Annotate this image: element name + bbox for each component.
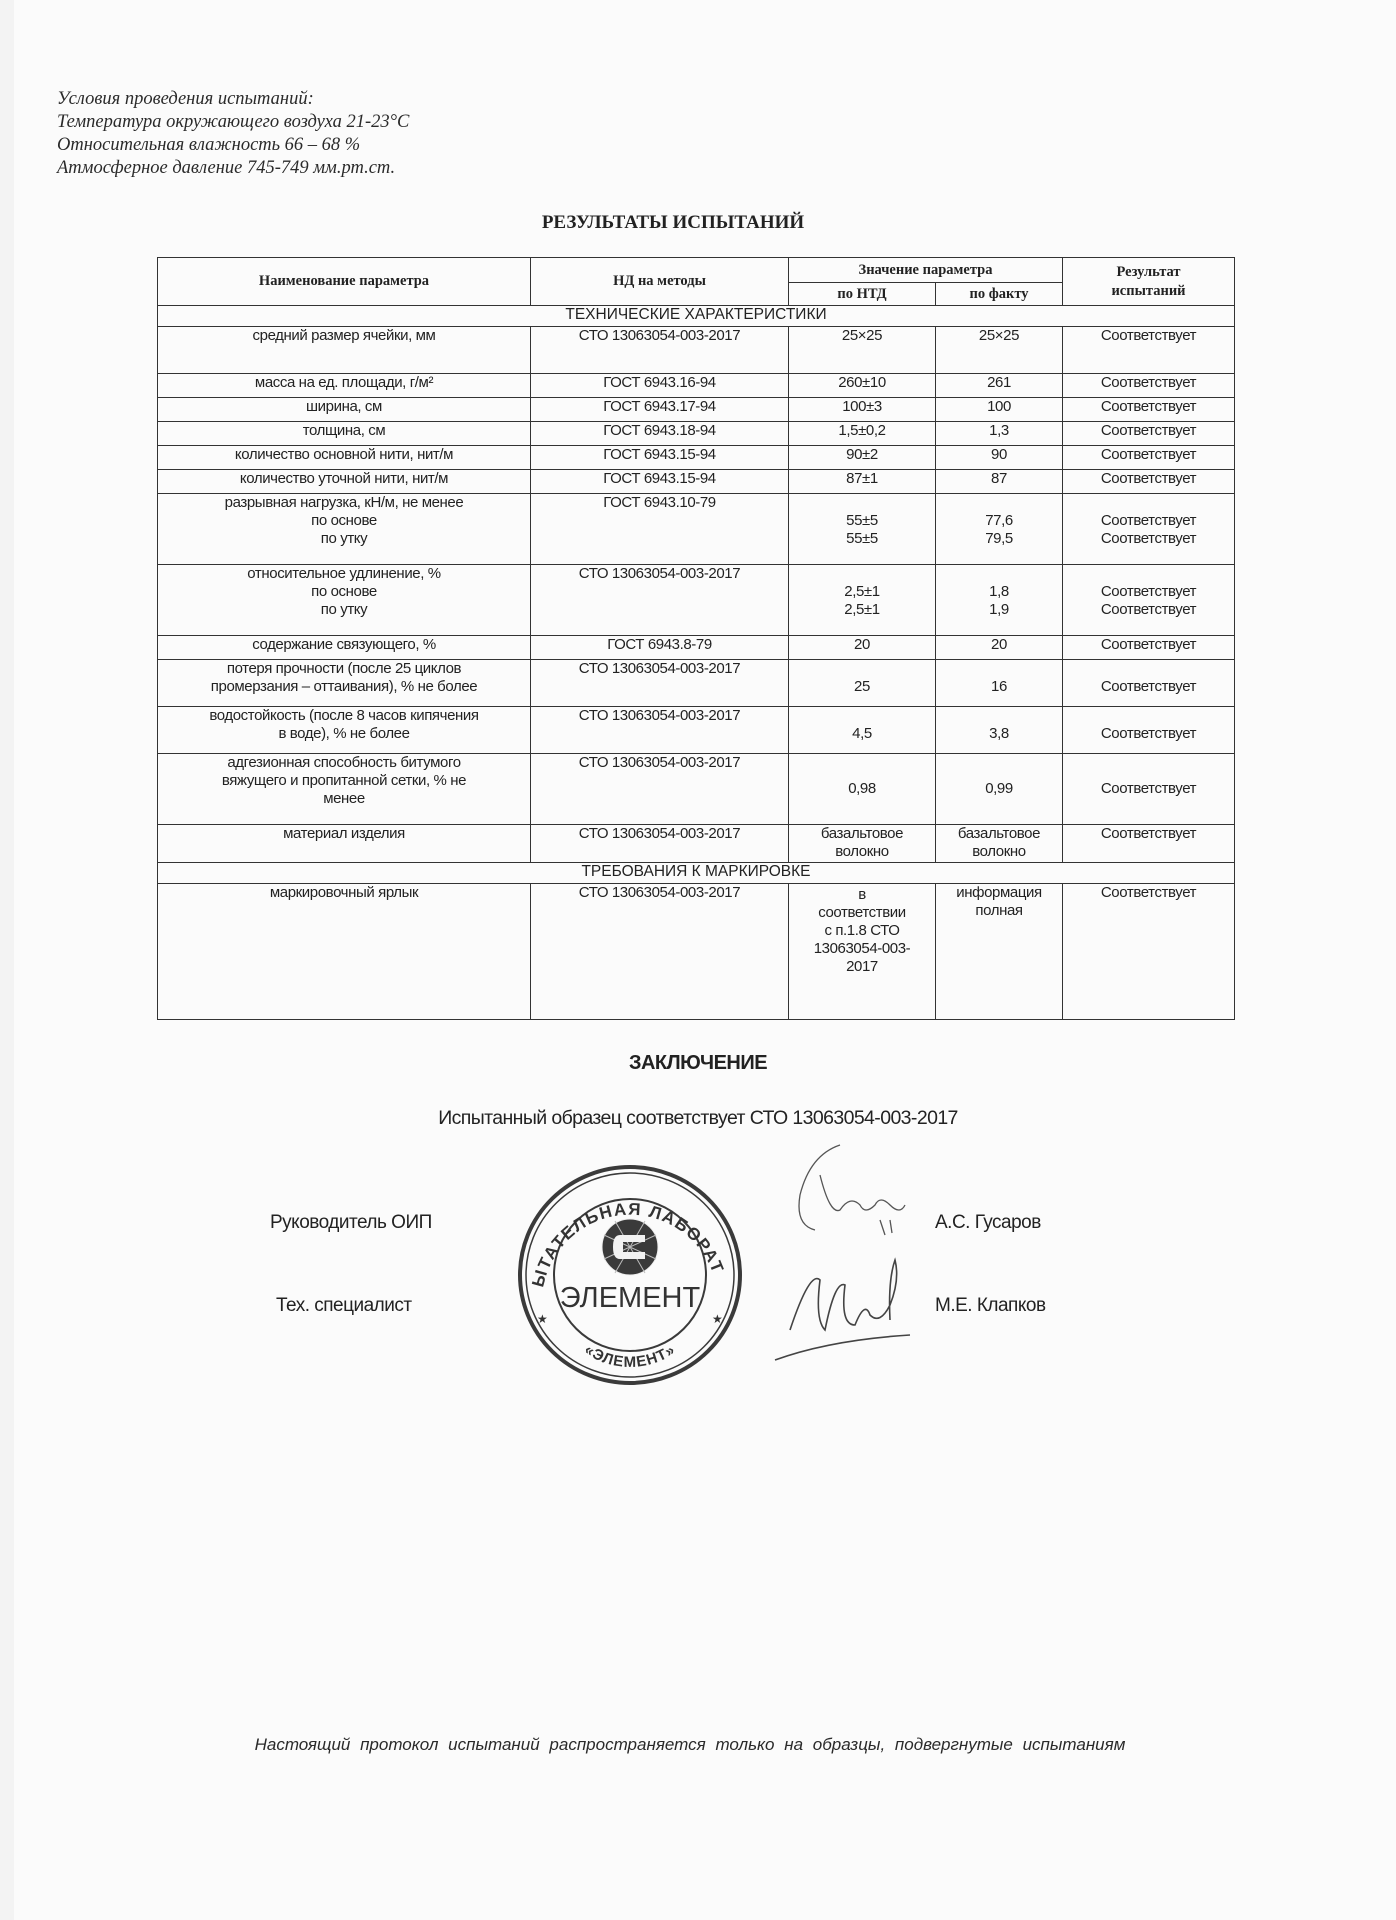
header-actual: по факту <box>936 283 1063 306</box>
ntd-line: с п.1.8 СТО <box>792 922 932 940</box>
cell-actual: базальтовое волокно <box>936 825 1063 863</box>
table-row: средний размер ячейки, мм СТО 13063054-0… <box>158 327 1235 374</box>
section-tech-row: ТЕХНИЧЕСКИЕ ХАРАКТЕРИСТИКИ <box>158 306 1235 327</box>
ntd-value: 2,5±1 <box>792 601 932 619</box>
param-label: водостойкость (после 8 часов кипячения <box>161 707 527 725</box>
cell-method: ГОСТ 6943.17-94 <box>531 398 789 422</box>
cell-ntd: 87±1 <box>789 470 936 494</box>
cell-result: Соответствует <box>1063 374 1235 398</box>
cell-method: СТО 13063054-003-2017 <box>531 754 789 825</box>
table-row: количество основной нити, нит/м ГОСТ 694… <box>158 446 1235 470</box>
header-method: НД на методы <box>531 258 789 306</box>
table-row-marking: маркировочный ярлык СТО 13063054-003-201… <box>158 884 1235 1020</box>
cell-actual: 77,6 79,5 <box>936 494 1063 565</box>
table-header-row: Наименование параметра НД на методы Знач… <box>158 258 1235 283</box>
result-value: Соответствует <box>1066 725 1231 743</box>
cell-ntd: 20 <box>789 636 936 660</box>
param-label: потеря прочности (после 25 циклов <box>161 660 527 678</box>
actual-value: 1,9 <box>939 601 1059 619</box>
cell-ntd: 4,5 <box>789 707 936 754</box>
signer-name-specialist: М.Е. Клапков <box>935 1295 1046 1317</box>
cell-ntd: в соответствии с п.1.8 СТО 13063054-003-… <box>789 884 936 1020</box>
signature-gusarov <box>780 1135 940 1245</box>
actual-line: информация <box>939 884 1059 902</box>
sub-label: по основе <box>161 512 527 530</box>
actual-value: 1,8 <box>939 583 1059 601</box>
result-value: Соответствует <box>1066 530 1231 548</box>
section-marking: ТРЕБОВАНИЯ К МАРКИРОВКЕ <box>158 863 1235 884</box>
cell-param: масса на ед. площади, г/м² <box>158 374 531 398</box>
cell-result: Соответствует <box>1063 825 1235 863</box>
ntd-value: 55±5 <box>792 530 932 548</box>
header-by-ntd: по НТД <box>789 283 936 306</box>
ntd-value: 4,5 <box>792 725 932 743</box>
cell-param: ширина, см <box>158 398 531 422</box>
actual-value: 79,5 <box>939 530 1059 548</box>
cell-ntd: 2,5±1 2,5±1 <box>789 565 936 636</box>
cell-method: СТО 13063054-003-2017 <box>531 825 789 863</box>
ntd-line: 13063054-003- <box>792 940 932 958</box>
param-label: в воде), % не более <box>161 725 527 743</box>
actual-value: 77,6 <box>939 512 1059 530</box>
cell-ntd: 0,98 <box>789 754 936 825</box>
cell-result: Соответствует <box>1063 884 1235 1020</box>
cell-method: ГОСТ 6943.10-79 <box>531 494 789 565</box>
cell-actual: 1,8 1,9 <box>936 565 1063 636</box>
result-value: Соответствует <box>1066 601 1231 619</box>
cell-actual: 3,8 <box>936 707 1063 754</box>
conditions-humidity: Относительная влажность 66 – 68 % <box>57 134 409 157</box>
cell-result: Соответствует <box>1063 422 1235 446</box>
cell-param: количество уточной нити, нит/м <box>158 470 531 494</box>
section-marking-row: ТРЕБОВАНИЯ К МАРКИРОВКЕ <box>158 863 1235 884</box>
actual-value: волокно <box>939 843 1059 861</box>
cell-param: толщина, см <box>158 422 531 446</box>
cell-actual: 90 <box>936 446 1063 470</box>
ntd-line: 2017 <box>792 958 932 976</box>
svg-text:«ЭЛЕМЕНТ»: «ЭЛЕМЕНТ» <box>581 1341 678 1371</box>
cell-actual: 1,3 <box>936 422 1063 446</box>
cell-param: средний размер ячейки, мм <box>158 327 531 374</box>
table-row-breaking-load: разрывная нагрузка, кН/м, не менее по ос… <box>158 494 1235 565</box>
table-row-elongation: относительное удлинение, % по основе по … <box>158 565 1235 636</box>
cell-actual: информация полная <box>936 884 1063 1020</box>
param-label: адгезионная способность битумого <box>161 754 527 772</box>
cell-param: содержание связующего, % <box>158 636 531 660</box>
laboratory-stamp: ИСПЫТАТЕЛЬНАЯ ЛАБОРАТОРИЯ «ЭЛЕМЕНТ» ЭЛЕМ… <box>505 1155 755 1390</box>
actual-value: 16 <box>939 678 1059 696</box>
cell-method: ГОСТ 6943.16-94 <box>531 374 789 398</box>
cell-param: адгезионная способность битумого вяжущег… <box>158 754 531 825</box>
result-value: Соответствует <box>1066 512 1231 530</box>
cell-result: Соответствует Соответствует <box>1063 565 1235 636</box>
header-result: Результат испытаний <box>1063 258 1235 306</box>
header-param: Наименование параметра <box>158 258 531 306</box>
cell-method: ГОСТ 6943.15-94 <box>531 470 789 494</box>
signer-role-head: Руководитель ОИП <box>270 1212 432 1234</box>
ntd-value: волокно <box>792 843 932 861</box>
cell-result: Соответствует <box>1063 327 1235 374</box>
table-row: количество уточной нити, нит/м ГОСТ 6943… <box>158 470 1235 494</box>
cell-param: относительное удлинение, % по основе по … <box>158 565 531 636</box>
actual-value: 3,8 <box>939 725 1059 743</box>
cell-result: Соответствует <box>1063 754 1235 825</box>
actual-line: полная <box>939 902 1059 920</box>
sub-label: по утку <box>161 530 527 548</box>
results-table: Наименование параметра НД на методы Знач… <box>157 257 1235 1020</box>
header-value-group: Значение параметра <box>789 258 1063 283</box>
ntd-value: базальтовое <box>792 825 932 843</box>
table-row-water-resistance: водостойкость (после 8 часов кипячения в… <box>158 707 1235 754</box>
param-label: менее <box>161 790 527 808</box>
signature-klapkov <box>770 1240 930 1370</box>
ntd-value: 55±5 <box>792 512 932 530</box>
conclusion-text: Испытанный образец соответствует СТО 130… <box>0 1107 1396 1130</box>
table-row-binder: содержание связующего, % ГОСТ 6943.8-79 … <box>158 636 1235 660</box>
cell-actual: 261 <box>936 374 1063 398</box>
sub-label: по основе <box>161 583 527 601</box>
cell-result: Соответствует <box>1063 707 1235 754</box>
param-label: вяжущего и пропитанной сетки, % не <box>161 772 527 790</box>
cell-result: Соответствует <box>1063 446 1235 470</box>
cell-ntd: 25×25 <box>789 327 936 374</box>
cell-actual: 20 <box>936 636 1063 660</box>
cell-ntd: базальтовое волокно <box>789 825 936 863</box>
stamp-bottom-text: «ЭЛЕМЕНТ» <box>581 1341 678 1371</box>
cell-method: ГОСТ 6943.18-94 <box>531 422 789 446</box>
star-icon: ★ <box>712 1312 723 1326</box>
cell-actual: 25×25 <box>936 327 1063 374</box>
cell-actual: 87 <box>936 470 1063 494</box>
conclusion-title: ЗАКЛЮЧЕНИЕ <box>0 1052 1396 1075</box>
param-label: разрывная нагрузка, кН/м, не менее <box>161 494 527 512</box>
section-tech: ТЕХНИЧЕСКИЕ ХАРАКТЕРИСТИКИ <box>158 306 1235 327</box>
cell-result: Соответствует <box>1063 636 1235 660</box>
table-row-material: материал изделия СТО 13063054-003-2017 б… <box>158 825 1235 863</box>
cell-method: ГОСТ 6943.15-94 <box>531 446 789 470</box>
result-value: Соответствует <box>1066 678 1231 696</box>
conditions-title: Условия проведения испытаний: <box>57 88 409 111</box>
cell-method: ГОСТ 6943.8-79 <box>531 636 789 660</box>
table-row: толщина, см ГОСТ 6943.18-94 1,5±0,2 1,3 … <box>158 422 1235 446</box>
param-label: промерзания – оттаивания), % не более <box>161 678 527 696</box>
cell-param: разрывная нагрузка, кН/м, не менее по ос… <box>158 494 531 565</box>
cell-ntd: 100±3 <box>789 398 936 422</box>
actual-value: базальтовое <box>939 825 1059 843</box>
cell-method: СТО 13063054-003-2017 <box>531 327 789 374</box>
scan-edge <box>0 0 14 1920</box>
table-row-strength-loss: потеря прочности (после 25 циклов промер… <box>158 660 1235 707</box>
cell-param: потеря прочности (после 25 циклов промер… <box>158 660 531 707</box>
cell-method: СТО 13063054-003-2017 <box>531 565 789 636</box>
ntd-line: соответствии <box>792 904 932 922</box>
cell-ntd: 55±5 55±5 <box>789 494 936 565</box>
table-row-adhesion: адгезионная способность битумого вяжущег… <box>158 754 1235 825</box>
cell-method: СТО 13063054-003-2017 <box>531 660 789 707</box>
test-conditions: Условия проведения испытаний: Температур… <box>57 88 409 180</box>
cell-ntd: 90±2 <box>789 446 936 470</box>
cell-actual: 100 <box>936 398 1063 422</box>
table-row: ширина, см ГОСТ 6943.17-94 100±3 100 Соо… <box>158 398 1235 422</box>
cell-ntd: 260±10 <box>789 374 936 398</box>
cell-result: Соответствует <box>1063 470 1235 494</box>
param-label: относительное удлинение, % <box>161 565 527 583</box>
results-title: РЕЗУЛЬТАТЫ ИСПЫТАНИЙ <box>0 212 1346 234</box>
cell-ntd: 25 <box>789 660 936 707</box>
table-row: масса на ед. площади, г/м² ГОСТ 6943.16-… <box>158 374 1235 398</box>
cell-result: Соответствует <box>1063 660 1235 707</box>
cell-actual: 0,99 <box>936 754 1063 825</box>
cell-actual: 16 <box>936 660 1063 707</box>
globe-logo-icon <box>602 1219 658 1275</box>
cell-param: количество основной нити, нит/м <box>158 446 531 470</box>
stamp-center-text: ЭЛЕМЕНТ <box>560 1282 701 1314</box>
conditions-temperature: Температура окружающего воздуха 21-23°С <box>57 111 409 134</box>
star-icon: ★ <box>537 1312 548 1326</box>
footer-note: Настоящий протокол испытаний распростран… <box>250 1734 1130 1756</box>
cell-param: маркировочный ярлык <box>158 884 531 1020</box>
cell-method: СТО 13063054-003-2017 <box>531 707 789 754</box>
ntd-line: в <box>792 886 932 904</box>
cell-result: Соответствует Соответствует <box>1063 494 1235 565</box>
cell-param: материал изделия <box>158 825 531 863</box>
cell-result: Соответствует <box>1063 398 1235 422</box>
signer-name-head: А.С. Гусаров <box>935 1212 1041 1234</box>
ntd-value: 2,5±1 <box>792 583 932 601</box>
cell-ntd: 1,5±0,2 <box>789 422 936 446</box>
signer-role-specialist: Тех. специалист <box>276 1295 412 1317</box>
sub-label: по утку <box>161 601 527 619</box>
result-value: Соответствует <box>1066 583 1231 601</box>
cell-param: водостойкость (после 8 часов кипячения в… <box>158 707 531 754</box>
conditions-pressure: Атмосферное давление 745-749 мм.рт.ст. <box>57 157 409 180</box>
ntd-value: 25 <box>792 678 932 696</box>
cell-method: СТО 13063054-003-2017 <box>531 884 789 1020</box>
